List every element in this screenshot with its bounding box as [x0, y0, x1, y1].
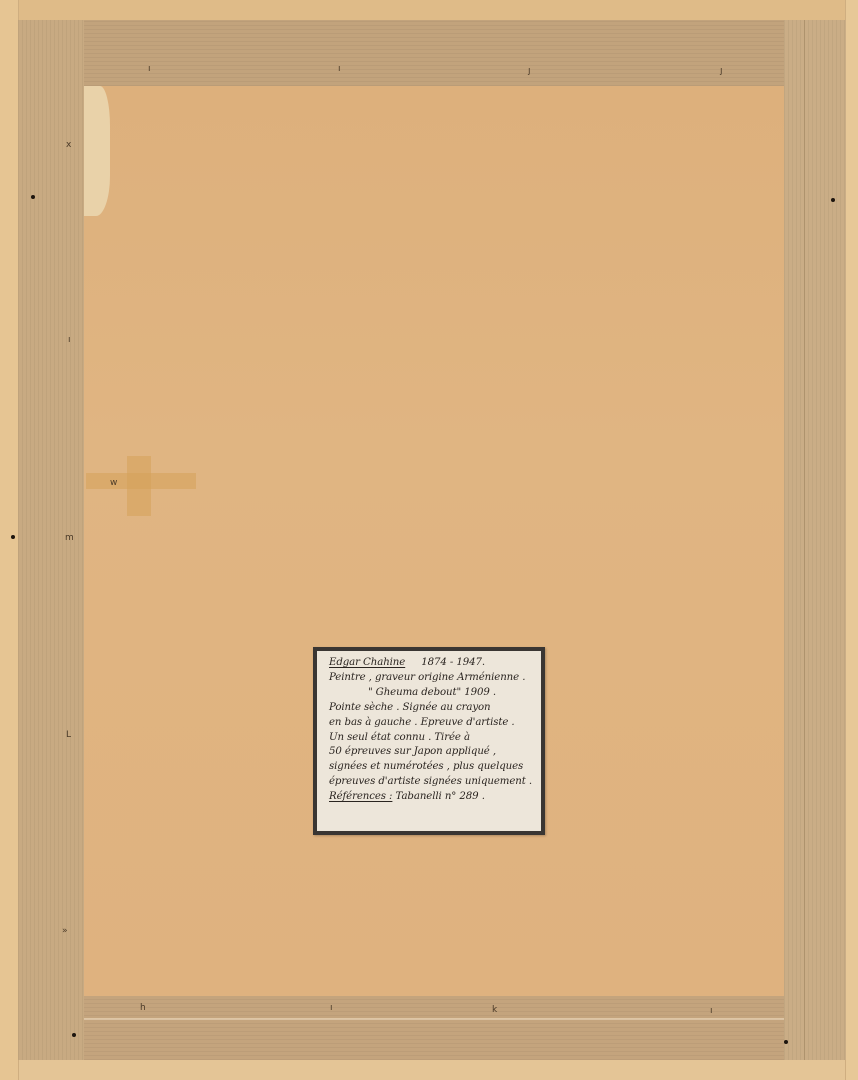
torn-paper-patch — [84, 86, 110, 216]
artist-name: Edgar Chahine — [329, 657, 405, 668]
gummed-tape-bottom — [84, 996, 784, 1060]
pencil-mark: k — [492, 1005, 497, 1015]
provenance-label: Edgar Chahine1874 - 1947. Peintre , grav… — [313, 647, 545, 835]
frame-bottom-edge — [0, 1059, 858, 1080]
references-line: Références : Tabanelli n° 289 . — [329, 790, 535, 805]
old-tape-residue-vertical — [127, 456, 151, 516]
gummed-tape-right — [784, 20, 846, 1060]
pencil-mark: » — [62, 926, 68, 936]
label-line: en bas à gauche . Epreuve d'artiste . — [329, 716, 535, 731]
frame-left-edge — [0, 0, 19, 1080]
pencil-mark: w — [110, 478, 117, 488]
pencil-mark: ı — [148, 64, 151, 74]
nail-hole — [831, 198, 835, 202]
label-line: 50 épreuves sur Japon appliqué , — [329, 745, 535, 760]
label-line: signées et numérotées , plus quelques — [329, 760, 535, 775]
frame-top-edge — [0, 0, 858, 21]
gummed-tape-left — [18, 20, 84, 1060]
pencil-mark: ȷ — [720, 66, 723, 76]
nail-hole — [11, 535, 15, 539]
label-line: Un seul état connu . Tirée à — [329, 731, 535, 746]
label-header: Edgar Chahine1874 - 1947. — [329, 656, 535, 671]
artist-dates: 1874 - 1947. — [421, 657, 485, 668]
references-value: Tabanelli n° 289 . — [396, 791, 485, 802]
label-line: épreuves d'artiste signées uniquement . — [329, 775, 535, 790]
gummed-tape-top — [84, 20, 784, 86]
nail-hole — [784, 1040, 788, 1044]
nail-hole — [72, 1033, 76, 1037]
backing-board — [84, 86, 784, 996]
references-label: Références : — [329, 791, 392, 802]
pencil-mark: m — [65, 533, 74, 543]
frame-right-edge — [845, 0, 858, 1080]
artwork-title: " Gheuma debout" 1909 . — [329, 686, 535, 701]
pencil-mark: ı — [338, 64, 341, 74]
pencil-mark: ı — [710, 1006, 713, 1016]
pencil-mark: x — [66, 140, 71, 150]
label-line: Pointe sèche . Signée au crayon — [329, 701, 535, 716]
label-line: Peintre , graveur origine Arménienne . — [329, 671, 535, 686]
pencil-mark: ı — [330, 1003, 333, 1013]
pencil-mark: ȷ — [528, 66, 531, 76]
pencil-mark: L — [66, 730, 71, 740]
pencil-mark: h — [140, 1003, 146, 1013]
pencil-mark: ı — [68, 335, 71, 345]
nail-hole — [31, 195, 35, 199]
